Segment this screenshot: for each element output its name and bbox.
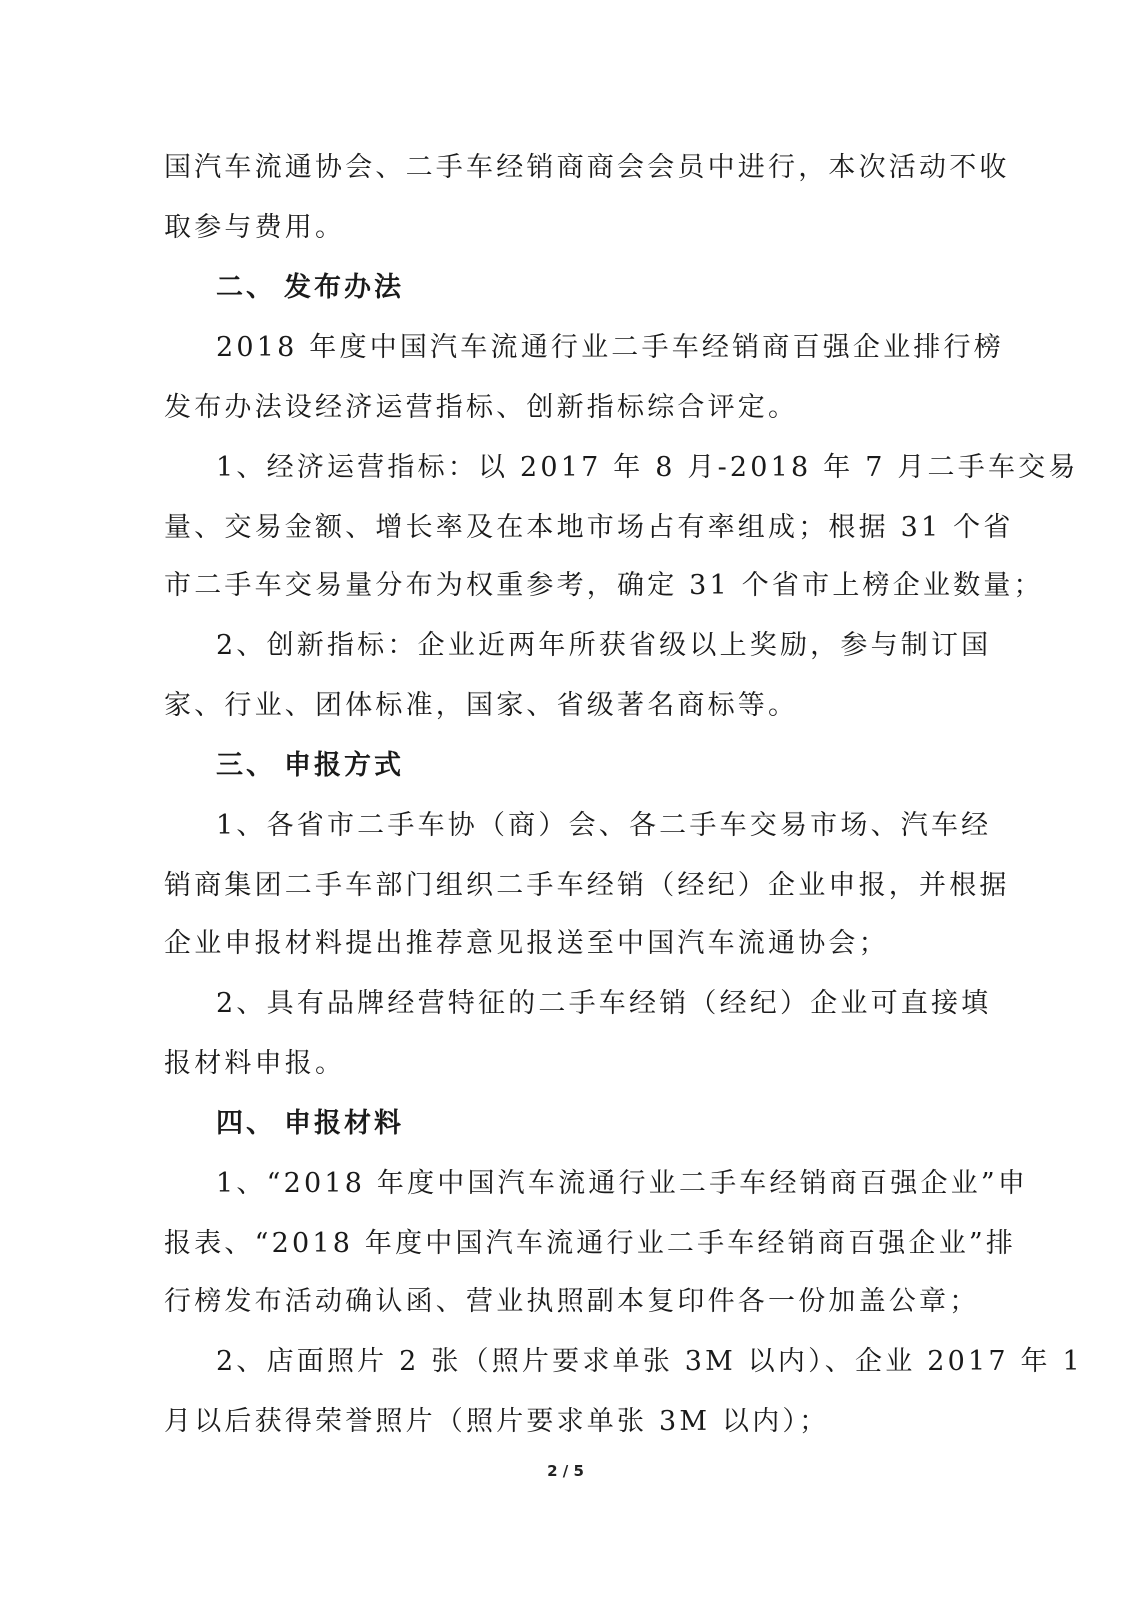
paragraph-line: 销商集团二手车部门组织二手车经销（经纪）企业申报，并根据 <box>164 870 944 902</box>
section-title: 发布办法 <box>284 272 404 303</box>
document-page: 国汽车流通协会、二手车经销商商会会员中进行，本次活动不收取参与费用。二、发布办法… <box>0 0 1131 1600</box>
page-number: 2 / 5 <box>0 1462 1131 1480</box>
paragraph-line: 行榜发布活动确认函、营业执照副本复印件各一份加盖公章； <box>164 1286 944 1318</box>
paragraph-line: 1、“2018 年度中国汽车流通行业二手车经销商百强企业”申 <box>216 1168 944 1200</box>
paragraph-line: 取参与费用。 <box>164 212 944 244</box>
paragraph-line: 2、具有品牌经营特征的二手车经销（经纪）企业可直接填 <box>216 988 944 1020</box>
paragraph-line: 企业申报材料提出推荐意见报送至中国汽车流通协会； <box>164 928 944 960</box>
paragraph-line: 2、店面照片 2 张（照片要求单张 3M 以内）、企业 2017 年 1 <box>216 1346 944 1378</box>
section-heading: 三、申报方式 <box>216 750 996 782</box>
section-heading: 四、申报材料 <box>216 1108 996 1140</box>
paragraph-line: 国汽车流通协会、二手车经销商商会会员中进行，本次活动不收 <box>164 152 944 184</box>
paragraph-line: 家、行业、团体标准，国家、省级著名商标等。 <box>164 690 944 722</box>
paragraph-line: 发布办法设经济运营指标、创新指标综合评定。 <box>164 392 944 424</box>
paragraph-line: 月以后获得荣誉照片（照片要求单张 3M 以内）； <box>164 1406 944 1438</box>
paragraph-line: 1、经济运营指标：以 2017 年 8 月-2018 年 7 月二手车交易 <box>216 452 944 484</box>
section-heading: 二、发布办法 <box>216 272 996 304</box>
section-title: 申报方式 <box>284 750 404 781</box>
section-number: 三、 <box>216 750 284 782</box>
paragraph-line: 1、各省市二手车协（商）会、各二手车交易市场、汽车经 <box>216 810 944 842</box>
paragraph-line: 量、交易金额、增长率及在本地市场占有率组成；根据 31 个省 <box>164 512 944 544</box>
paragraph-line: 报表、“2018 年度中国汽车流通行业二手车经销商百强企业”排 <box>164 1228 944 1260</box>
paragraph-line: 报材料申报。 <box>164 1048 944 1080</box>
section-title: 申报材料 <box>284 1108 404 1139</box>
paragraph-line: 市二手车交易量分布为权重参考，确定 31 个省市上榜企业数量； <box>164 570 944 602</box>
paragraph-line: 2、创新指标：企业近两年所获省级以上奖励，参与制订国 <box>216 630 944 662</box>
section-number: 二、 <box>216 272 284 304</box>
section-number: 四、 <box>216 1108 284 1140</box>
paragraph-line: 2018 年度中国汽车流通行业二手车经销商百强企业排行榜 <box>216 332 944 364</box>
